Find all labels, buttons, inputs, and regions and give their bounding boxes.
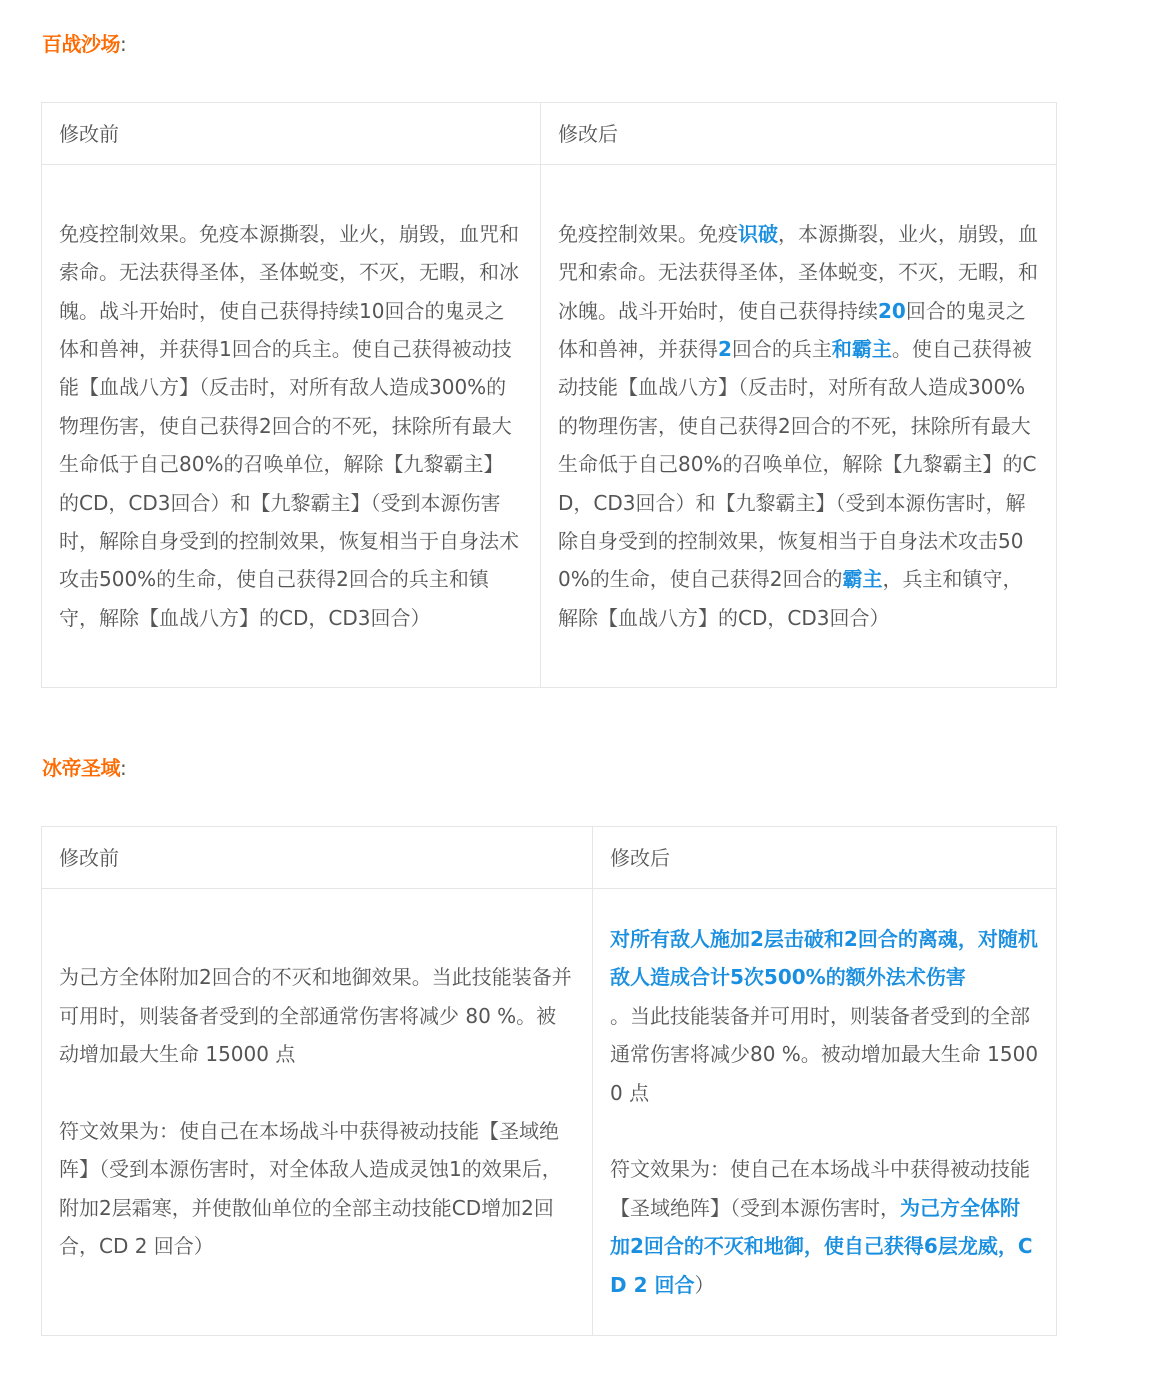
after-highlight-segment: 识破: [738, 222, 778, 246]
comparison-table-bingdi: 修改前 修改后 为己方全体附加2回合的不灭和地御效果。当此技能装备并可用时，则装…: [41, 826, 1057, 1336]
header-after: 修改后: [541, 103, 1057, 165]
header-before: 修改前: [42, 827, 593, 889]
after-highlight-paragraph: 对所有敌人施加2层击破和2回合的离魂，对随机敌人造成合计5次500%的额外法术伤…: [610, 920, 1039, 997]
section-title-text: 冰帝圣域: [42, 756, 120, 780]
cell-after: 对所有敌人施加2层击破和2回合的离魂，对随机敌人造成合计5次500%的额外法术伤…: [593, 889, 1057, 1336]
after-highlight-segment: 和霸主: [832, 337, 892, 361]
table-row: 为己方全体附加2回合的不灭和地御效果。当此技能装备并可用时，则装备者受到的全部通…: [42, 889, 1057, 1336]
table-header-row: 修改前 修改后: [42, 827, 1057, 889]
after-highlight-segment: 20: [878, 299, 906, 323]
after-highlight-segment: 2: [718, 337, 732, 361]
header-after: 修改后: [593, 827, 1057, 889]
section-title-text: 百战沙场: [42, 32, 120, 56]
cell-after: 免疫控制效果。免疫识破，本源撕裂，业火，崩毁，血咒和索命。无法获得圣体，圣体蜕变…: [541, 165, 1057, 688]
table-header-row: 修改前 修改后: [42, 103, 1057, 165]
before-text: 免疫控制效果。免疫本源撕裂，业火，崩毁，血咒和索命。无法获得圣体，圣体蜕变，不灭…: [59, 222, 519, 630]
section-title-bingdi: 冰帝圣域:: [42, 754, 126, 782]
after-highlight-segment: 霸主: [842, 567, 882, 591]
after-text-segment: 。当此技能装备并可用时，则装备者受到的全部通常伤害将减少80 %。被动增加最大生…: [610, 1004, 1038, 1105]
section-title-colon: :: [120, 756, 126, 780]
before-paragraph: 符文效果为：使自己在本场战斗中获得被动技能【圣域绝阵】（受到本源伤害时，对全体敌…: [59, 1119, 562, 1258]
cell-before: 为己方全体附加2回合的不灭和地御效果。当此技能装备并可用时，则装备者受到的全部通…: [42, 889, 593, 1336]
header-before: 修改前: [42, 103, 541, 165]
after-text-segment: ）: [694, 1273, 714, 1297]
before-paragraph: 为己方全体附加2回合的不灭和地御效果。当此技能装备并可用时，则装备者受到的全部通…: [59, 965, 572, 1066]
after-text-segment: 免疫控制效果。免疫: [558, 222, 738, 246]
section-title-colon: :: [120, 32, 126, 56]
after-text-segment: 。使自己获得被动技能【血战八方】（反击时，对所有敌人造成300%的物理伤害，使自…: [558, 337, 1036, 591]
section-title-baizhan: 百战沙场:: [42, 30, 126, 58]
paragraph-gap: [610, 1112, 1039, 1150]
paragraph-gap: [59, 1074, 575, 1112]
after-text-segment: 回合的兵主: [732, 337, 832, 361]
cell-before: 免疫控制效果。免疫本源撕裂，业火，崩毁，血咒和索命。无法获得圣体，圣体蜕变，不灭…: [42, 165, 541, 688]
comparison-table-baizhan: 修改前 修改后 免疫控制效果。免疫本源撕裂，业火，崩毁，血咒和索命。无法获得圣体…: [41, 102, 1057, 688]
table-row: 免疫控制效果。免疫本源撕裂，业火，崩毁，血咒和索命。无法获得圣体，圣体蜕变，不灭…: [42, 165, 1057, 688]
